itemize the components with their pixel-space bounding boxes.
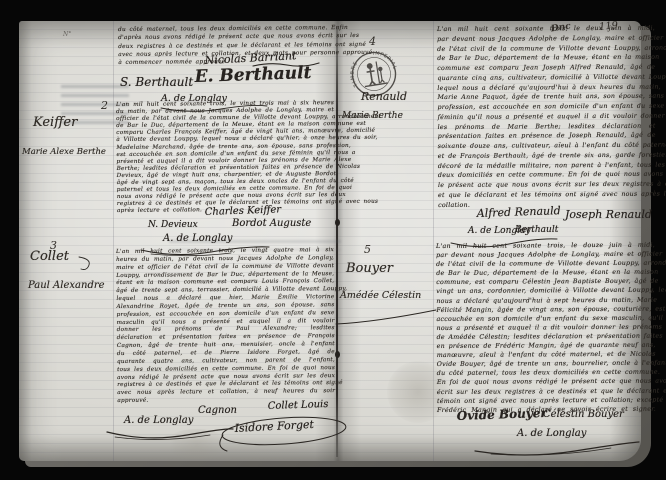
binding-knot: [335, 351, 340, 358]
signature-charles-keiffer: Charles Keiffer: [205, 204, 282, 218]
margin-flourish: [334, 304, 442, 330]
signature-s-berthault: S. Berthault: [120, 75, 193, 89]
act-number: 5: [364, 243, 371, 256]
signature-joseph-renauld: Joseph Renauld: [565, 208, 652, 221]
signature-e-berthault: E. Berthault: [194, 63, 311, 87]
margin-surname: Bouyer: [346, 261, 393, 276]
handwritten-line: féminin qu'il nous a présenté et auquel …: [438, 111, 656, 122]
signature-celestin-bouyer: Célestin Bouyer: [543, 409, 624, 420]
act-4-text: L'an mil huit cent soixante trois, le de…: [437, 24, 656, 211]
margin-paraph: [77, 254, 103, 270]
stamp-figure: [361, 60, 387, 86]
margin-firstnames: Marie Berthe: [342, 111, 403, 121]
signature-bordot: Bordot Auguste: [232, 218, 311, 229]
handwritten-line: et que le déclarant et les témoins ont s…: [438, 189, 656, 200]
act-5-text: L'an mil huit cent soixante trois, le do…: [436, 241, 656, 415]
act-number: 2: [101, 99, 108, 112]
signature-flourish: [471, 437, 643, 457]
act-2-text: L'an mil huit cent soixante trois, le vi…: [116, 100, 335, 215]
stamp-text-right: IMPERIAL: [372, 47, 398, 72]
margin-firstnames: Marie Alexe Berthe: [22, 147, 106, 157]
scanned-register-screenshot: N° Dnc 119 du côté maternel, tous les de…: [0, 0, 666, 480]
signature-devieux: N. Devieux: [148, 220, 198, 230]
margin-surname: Keiffer: [33, 115, 77, 130]
act-number: 4: [369, 35, 376, 48]
signature-oval-flourish: [209, 411, 349, 453]
handwritten-line: quarante cinq ans, cultivateur, domicili…: [437, 72, 655, 83]
corner-ink-mark: N°: [63, 31, 71, 38]
margin-surname: Renauld: [361, 90, 407, 103]
margin-firstnames: Amédée Célestin: [340, 290, 421, 301]
margin-surname: Collet: [30, 249, 69, 264]
binding-knot: [335, 219, 340, 226]
handwritten-line: par devant nous Jacques Adolphe de Longl…: [437, 33, 655, 44]
signature-alfred-renauld: Alfred Renauld: [477, 204, 561, 220]
signature-ovide-bouyer: Ovide Bouyer: [457, 406, 547, 423]
svg-text:IMPERIAL: IMPERIAL: [372, 47, 398, 72]
handwritten-line: et de François Berthault, âgé de trente …: [438, 150, 656, 161]
register-double-page: N° Dnc 119 du côté maternel, tous les de…: [19, 21, 641, 461]
margin-firstnames: Paul Alexandre: [28, 280, 105, 291]
act-3-text: L'an mil huit cent soixante trois, le vi…: [116, 247, 335, 406]
